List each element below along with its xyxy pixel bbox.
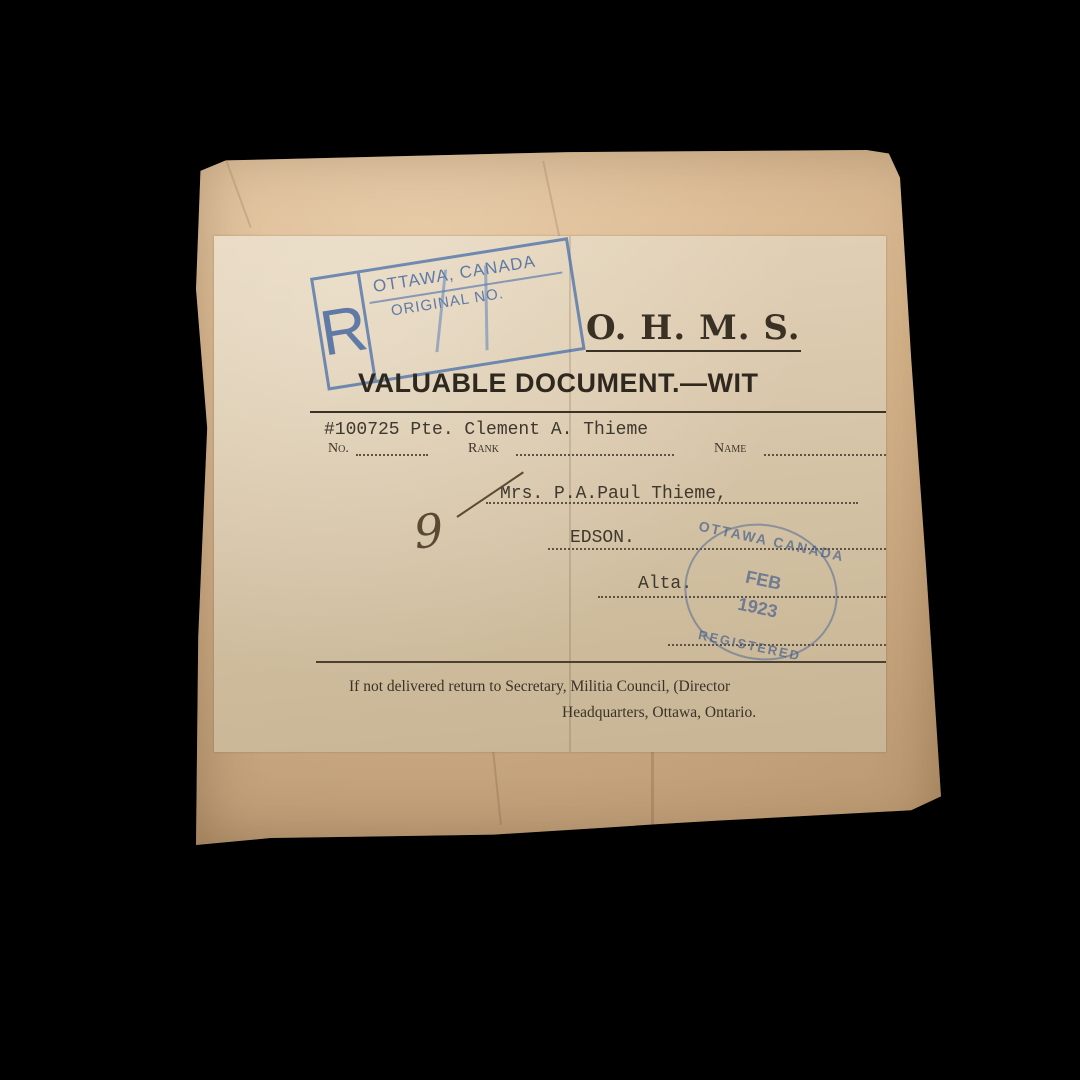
return-notice-line1: If not delivered return to Secretary, Mi… (349, 678, 730, 696)
address-dotted-line (486, 502, 858, 504)
crease (222, 152, 251, 228)
ohms-heading: O. H. M. S. (586, 308, 801, 352)
stamp-pen-mark (484, 259, 528, 351)
handwritten-note: 9 (411, 503, 446, 560)
rank-dotted-line (516, 454, 674, 456)
header-rule (310, 411, 886, 413)
crease (492, 750, 502, 825)
valuable-document-heading: VALUABLE DOCUMENT.—WIT (358, 368, 758, 399)
postmark-stamp: OTTAWA CANADA FEB 1923 REGISTERED (672, 509, 851, 674)
return-notice-line2: Headquarters, Ottawa, Ontario. (562, 704, 756, 722)
label-number: No. (328, 441, 349, 457)
service-number-line: #100725 Pte. Clement A. Thieme (324, 420, 648, 440)
number-dotted-line (356, 454, 428, 456)
addressee-town: EDSON. (570, 528, 635, 548)
label-rank: Rank (468, 441, 499, 457)
footer-rule (316, 661, 886, 663)
crease (542, 161, 562, 245)
postmark-city: OTTAWA CANADA (697, 518, 847, 565)
crease (651, 750, 654, 830)
addressee-name: Mrs. P.A.Paul Thieme, (500, 484, 727, 504)
name-dotted-line (764, 454, 886, 456)
label-name: Name (714, 441, 746, 457)
address-label: R OTTAWA, CANADA ORIGINAL NO. O. H. M. S… (214, 236, 886, 752)
